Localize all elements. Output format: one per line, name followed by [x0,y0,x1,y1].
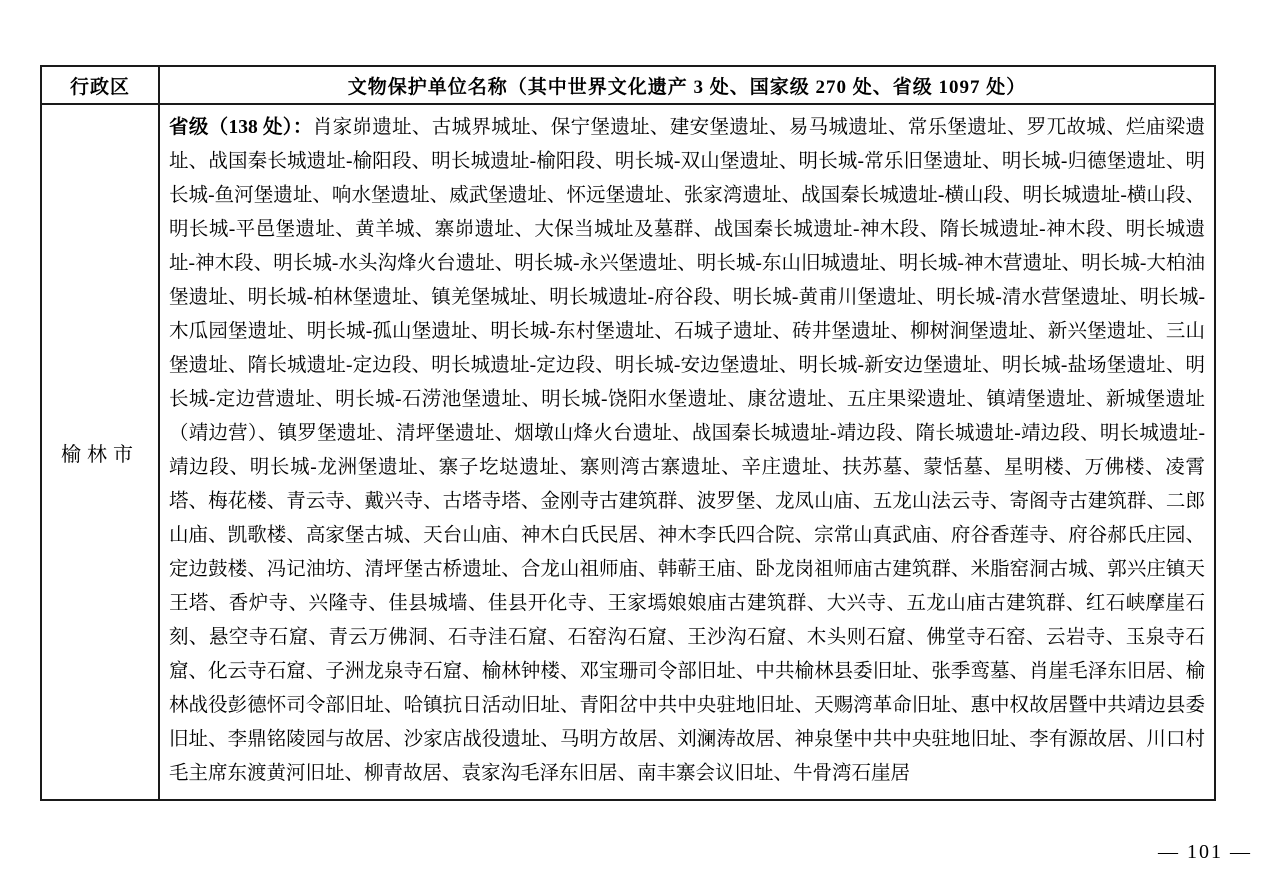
header-region-column: 行政区 [41,66,159,104]
table-header-row: 行政区 文物保护单位名称（其中世界文化遗产 3 处、国家级 270 处、省级 1… [41,66,1215,104]
region-name: 榆林市 [41,104,159,800]
page-number: — 101 — [1158,841,1252,864]
sites-paragraph: 省级（138 处）：肖家峁遗址、古城界城址、保宁堡遗址、建安堡遗址、易马城遗址、… [169,111,1205,791]
document-page: 行政区 文物保护单位名称（其中世界文化遗产 3 处、国家级 270 处、省级 1… [0,0,1280,892]
sites-cell: 省级（138 处）：肖家峁遗址、古城界城址、保宁堡遗址、建安堡遗址、易马城遗址、… [159,104,1215,800]
level-label: 省级（138 处）： [169,117,313,138]
heritage-sites-table: 行政区 文物保护单位名称（其中世界文化遗产 3 处、国家级 270 处、省级 1… [40,65,1216,801]
table-row: 榆林市 省级（138 处）：肖家峁遗址、古城界城址、保宁堡遗址、建安堡遗址、易马… [41,104,1215,800]
sites-text: 肖家峁遗址、古城界城址、保宁堡遗址、建安堡遗址、易马城遗址、常乐堡遗址、罗兀故城… [169,117,1205,784]
header-sites-column: 文物保护单位名称（其中世界文化遗产 3 处、国家级 270 处、省级 1097 … [159,66,1215,104]
